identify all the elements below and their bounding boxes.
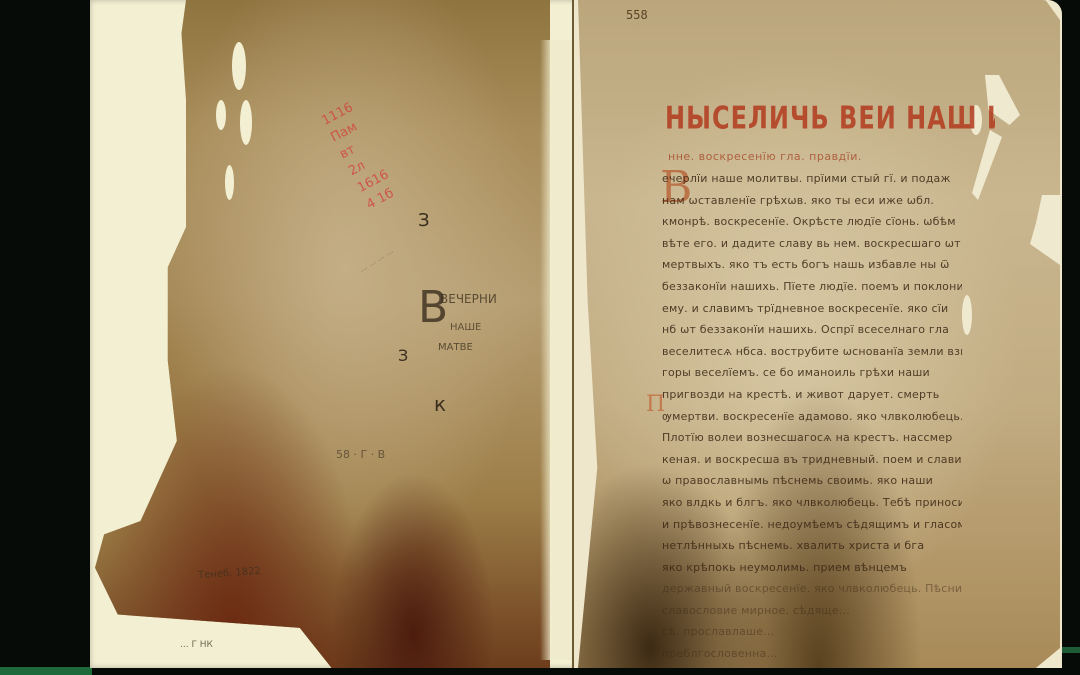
parchment-hole xyxy=(225,165,234,200)
book-spine xyxy=(572,0,574,668)
rubric-heading: НЫСЕЛИЧЬ ВЕИ НАШ ИЕЗА xyxy=(665,100,995,136)
text-line: нб ѡт беззаконїи нашихь. Оспрї всеселнаг… xyxy=(662,319,962,341)
caption-line: ВЕЧЕРНИ xyxy=(440,292,497,306)
large-initial-letter: В xyxy=(418,282,448,333)
text-line: пригвозди на крестѣ. и живот дарует. сме… xyxy=(662,384,962,406)
gutter-backing xyxy=(540,40,574,660)
folio-number: 558 xyxy=(626,8,648,22)
text-line: горы веселїемъ. се бо иманоиль грѣхи наш… xyxy=(662,362,962,384)
rubric-subheading: нне. воскресенїю гла. правдїи. xyxy=(668,150,862,163)
text-line: вѣте его. и дадите славу вь нем. воскрес… xyxy=(662,233,962,255)
text-line: державный воскресенїе. яко члвколюбець. … xyxy=(662,578,962,600)
text-line: сѣ. прославлаше... xyxy=(662,621,962,643)
bottom-note-2: ... Г НК xyxy=(180,640,213,650)
text-line: яко влдкь и блгъ. яко члвколюбець. Тебѣ … xyxy=(662,492,962,514)
mark-k: к xyxy=(434,392,446,416)
text-line: кеная. и воскресша въ тридневный. поем и… xyxy=(662,449,962,471)
text-line: ему. и славимъ трїдневное воскресенїе. я… xyxy=(662,298,962,320)
manuscript-text: ечерлїи наше молитвы. прїими стый гї. и … xyxy=(662,168,962,665)
mark-z-mid: З xyxy=(398,346,408,365)
text-line: беззаконїи нашихь. Пїете людїе. поемъ и … xyxy=(662,276,962,298)
text-line: ѡ православнымь пѣснемь своимь. яко наши xyxy=(662,470,962,492)
parchment-hole xyxy=(216,100,226,130)
text-line: нам ѡставленїе грѣхѡв. яко ты еси иже ѡб… xyxy=(662,190,962,212)
text-line: преблгословенна... xyxy=(662,643,962,665)
parchment-hole xyxy=(232,42,246,90)
text-line: нетлѣнныхь пѣснемь. хвалить христа и бга xyxy=(662,535,962,557)
text-line: и прѣвознесенїе. недоумѣемъ сѣдящимъ и г… xyxy=(662,514,962,536)
caption-line: МАТВЕ xyxy=(438,342,473,353)
text-line: Плотїю волеи вознесшагосѧ на крестъ. нас… xyxy=(662,427,962,449)
text-line: ѹмертви. воскресенїе адамово. яко члвкол… xyxy=(662,406,962,428)
text-line: кмонрѣ. воскресенїе. Окрѣсте людїе сїонь… xyxy=(662,211,962,233)
text-line: славословие мирное. сѣдяще... xyxy=(662,600,962,622)
caption-line: НАШЕ xyxy=(450,322,481,333)
text-line: мертвыхъ. яко тъ есть богъ нашь избавле … xyxy=(662,254,962,276)
parchment-tear xyxy=(962,295,972,335)
mark-z-top: З xyxy=(418,210,430,231)
parchment-hole xyxy=(240,100,252,145)
text-line: яко крѣпокь неумолимь. прием вѣнцемъ xyxy=(662,557,962,579)
shelf-mark: 58 · Г · В xyxy=(336,448,385,461)
text-line: веселитесѧ нбса. вострубите ѡснованїа зе… xyxy=(662,341,962,363)
scanner-bed-edge-left xyxy=(0,667,92,675)
text-line: ечерлїи наше молитвы. прїими стый гї. и … xyxy=(662,168,962,190)
